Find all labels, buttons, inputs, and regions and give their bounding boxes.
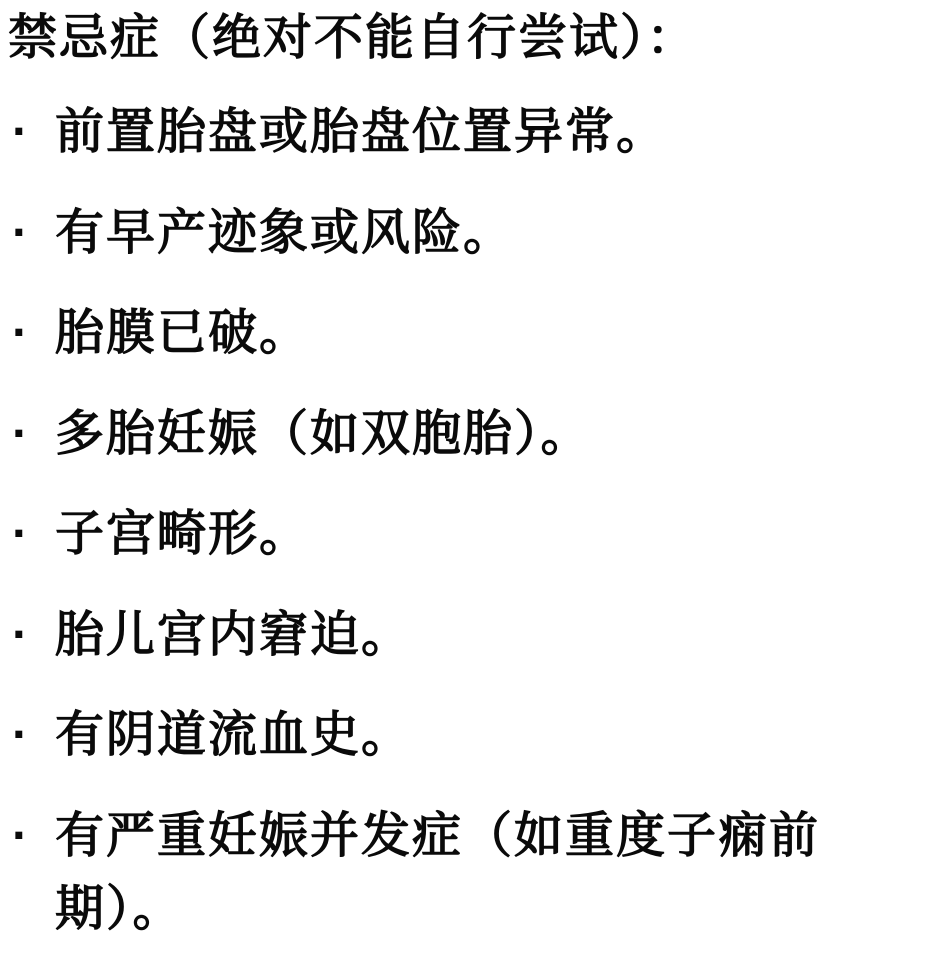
- list-item: · 多胎妊娠（如双胞胎）。: [8, 398, 917, 472]
- list-item-text: 胎儿宫内窘迫。: [55, 599, 412, 673]
- list-item: · 有严重妊娠并发症（如重度子痫前期）。: [8, 800, 917, 947]
- list-item: · 胎膜已破。: [8, 297, 917, 371]
- list-item: · 子宫畸形。: [8, 498, 917, 572]
- list-item-text: 多胎妊娠（如双胞胎）。: [55, 398, 592, 472]
- list-item-text: 子宫畸形。: [55, 498, 310, 572]
- document-body: 禁忌症（绝对不能自行尝试）： · 前置胎盘或胎盘位置异常。 · 有早产迹象或风险…: [0, 0, 927, 962]
- list-item: · 有早产迹象或风险。: [8, 197, 917, 271]
- bullet-dot: ·: [8, 398, 55, 472]
- list-item: · 有阴道流血史。: [8, 699, 917, 773]
- bullet-dot: ·: [8, 599, 55, 673]
- list-item: · 前置胎盘或胎盘位置异常。: [8, 96, 917, 170]
- bullet-dot: ·: [8, 96, 55, 170]
- list-item-text: 有早产迹象或风险。: [55, 197, 514, 271]
- contraindication-list: · 前置胎盘或胎盘位置异常。 · 有早产迹象或风险。 · 胎膜已破。 · 多胎妊…: [8, 96, 917, 947]
- bullet-dot: ·: [8, 297, 55, 371]
- bullet-dot: ·: [8, 699, 55, 773]
- list-item-text: 有严重妊娠并发症（如重度子痫前期）。: [55, 800, 845, 947]
- bullet-dot: ·: [8, 800, 55, 874]
- section-title: 禁忌症（绝对不能自行尝试）：: [8, 8, 917, 69]
- list-item-text: 前置胎盘或胎盘位置异常。: [55, 96, 667, 170]
- list-item-text: 有阴道流血史。: [55, 699, 412, 773]
- list-item: · 胎儿宫内窘迫。: [8, 599, 917, 673]
- bullet-dot: ·: [8, 498, 55, 572]
- list-item-text: 胎膜已破。: [55, 297, 310, 371]
- bullet-dot: ·: [8, 197, 55, 271]
